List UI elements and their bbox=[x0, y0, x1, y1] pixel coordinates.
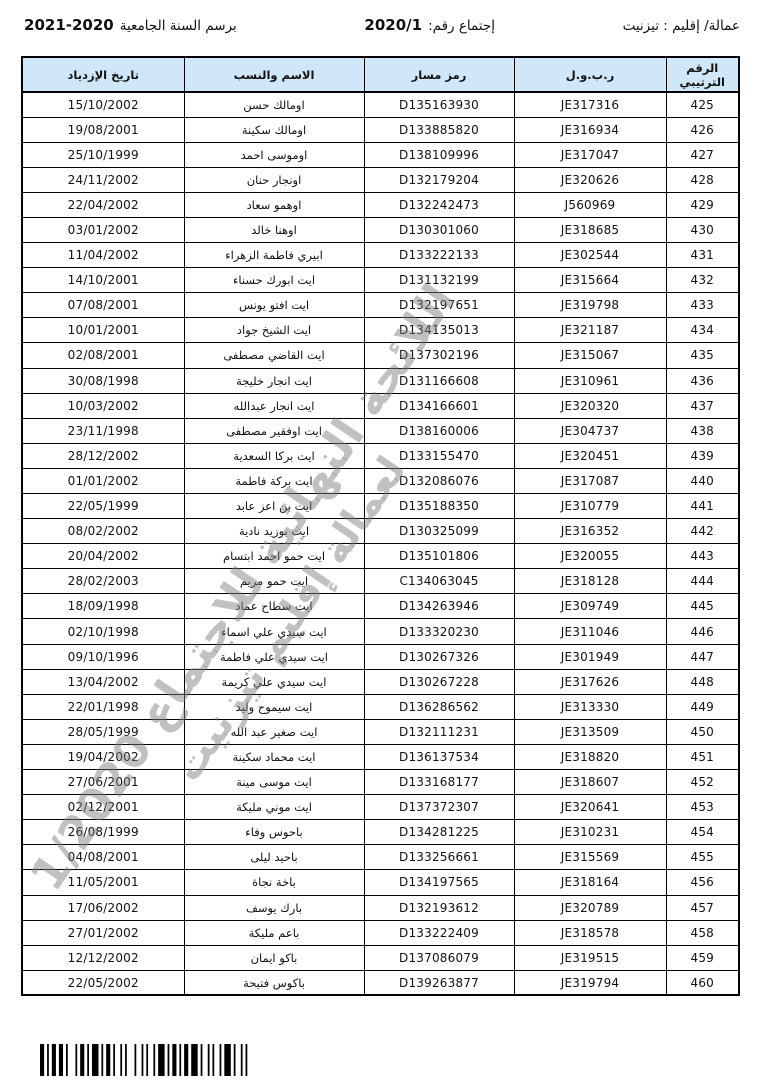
cne-cell: JE319798 bbox=[514, 293, 666, 318]
cne-cell: JE320626 bbox=[514, 167, 666, 192]
name-cell: باخة نجاة bbox=[184, 870, 364, 895]
table-row: 451JE318820D136137534ايت محماد سكينة19/0… bbox=[22, 744, 739, 769]
ordinal-cell: 445 bbox=[666, 594, 739, 619]
table-row: 454JE310231D134281225باحوس وفاء26/08/199… bbox=[22, 820, 739, 845]
academic-year-value: 2021-2020 bbox=[24, 16, 114, 34]
massar-code-cell: D139263877 bbox=[364, 970, 514, 995]
ordinal-cell: 431 bbox=[666, 243, 739, 268]
name-cell: اوهمو سعاد bbox=[184, 192, 364, 217]
massar-code-cell: D134135013 bbox=[364, 318, 514, 343]
birthdate-cell: 20/04/2002 bbox=[22, 544, 184, 569]
massar-code-cell: C134063045 bbox=[364, 569, 514, 594]
birthdate-cell: 08/02/2002 bbox=[22, 519, 184, 544]
document-page: عمالة/ إقليم : تيزنيت إجتماع رقم: 2020/1… bbox=[0, 0, 768, 1086]
birthdate-cell: 25/10/1999 bbox=[22, 142, 184, 167]
name-cell: ايت انجار عبدالله bbox=[184, 393, 364, 418]
table-row: 447JE301949D130267326ايت سيدي علي فاطمة0… bbox=[22, 644, 739, 669]
massar-code-cell: D133222133 bbox=[364, 243, 514, 268]
table-row: 460JE319794D139263877باكوس فتيحة22/05/20… bbox=[22, 970, 739, 995]
birthdate-cell: 11/04/2002 bbox=[22, 243, 184, 268]
ordinal-cell: 432 bbox=[666, 268, 739, 293]
table-row: 441JE310779D135188350ايت بن اعز عابد22/0… bbox=[22, 494, 739, 519]
name-cell: ايت حمو مريم bbox=[184, 569, 364, 594]
ordinal-cell: 458 bbox=[666, 920, 739, 945]
name-cell: ايت بن اعز عابد bbox=[184, 494, 364, 519]
ordinal-cell: 451 bbox=[666, 744, 739, 769]
massar-code-cell: D132179204 bbox=[364, 167, 514, 192]
birthdate-cell: 01/01/2002 bbox=[22, 468, 184, 493]
birthdate-cell: 27/06/2001 bbox=[22, 770, 184, 795]
name-cell: ابيري فاطمة الزهراء bbox=[184, 243, 364, 268]
birthdate-cell: 10/01/2001 bbox=[22, 318, 184, 343]
cne-cell: JE309749 bbox=[514, 594, 666, 619]
table-row: 459JE319515D137086079باكو ايمان12/12/200… bbox=[22, 945, 739, 970]
table-row: 452JE318607D133168177ايت موسى مينة27/06/… bbox=[22, 770, 739, 795]
birthdate-cell: 27/01/2002 bbox=[22, 920, 184, 945]
massar-code-cell: D135101806 bbox=[364, 544, 514, 569]
massar-code-cell: D132242473 bbox=[364, 192, 514, 217]
cne-cell: JE315067 bbox=[514, 343, 666, 368]
ordinal-cell: 437 bbox=[666, 393, 739, 418]
ordinal-cell: 441 bbox=[666, 494, 739, 519]
province-block: عمالة/ إقليم : تيزنيت bbox=[623, 18, 740, 34]
cne-cell: JE313330 bbox=[514, 694, 666, 719]
ordinal-cell: 427 bbox=[666, 142, 739, 167]
table-row: 443JE320055D135101806ايت حمو احمد ابتسام… bbox=[22, 544, 739, 569]
massar-code-cell: D137372307 bbox=[364, 795, 514, 820]
table-row: 439JE320451D133155470ايت بركا السعدية28/… bbox=[22, 443, 739, 468]
ordinal-cell: 447 bbox=[666, 644, 739, 669]
table-row: 429J560969D132242473اوهمو سعاد22/04/2002 bbox=[22, 192, 739, 217]
ordinal-cell: 449 bbox=[666, 694, 739, 719]
meeting-label: إجتماع رقم: bbox=[428, 18, 495, 34]
cne-cell: JE302544 bbox=[514, 243, 666, 268]
table-row: 426JE316934D133885820اومالك سكينة19/08/2… bbox=[22, 117, 739, 142]
cne-cell: JE304737 bbox=[514, 418, 666, 443]
name-cell: باكو ايمان bbox=[184, 945, 364, 970]
ordinal-cell: 460 bbox=[666, 970, 739, 995]
massar-code-cell: D130325099 bbox=[364, 519, 514, 544]
birthdate-cell: 12/12/2002 bbox=[22, 945, 184, 970]
ordinal-cell: 452 bbox=[666, 770, 739, 795]
ordinal-cell: 454 bbox=[666, 820, 739, 845]
birthdate-cell: 07/08/2001 bbox=[22, 293, 184, 318]
birthdate-cell: 14/10/2001 bbox=[22, 268, 184, 293]
cne-cell: JE315664 bbox=[514, 268, 666, 293]
massar-code-cell: D133320230 bbox=[364, 619, 514, 644]
name-cell: ايت موسى مينة bbox=[184, 770, 364, 795]
massar-code-cell: D135163930 bbox=[364, 92, 514, 117]
cne-cell: JE320789 bbox=[514, 895, 666, 920]
table-row: 456JE318164D134197565باخة نجاة11/05/2001 bbox=[22, 870, 739, 895]
massar-code-cell: D130301060 bbox=[364, 217, 514, 242]
table-row: 425JE317316D135163930اومالك حسن15/10/200… bbox=[22, 92, 739, 117]
name-cell: ايت حمو احمد ابتسام bbox=[184, 544, 364, 569]
table-row: 449JE313330D136286562ايت سيموح وليد22/01… bbox=[22, 694, 739, 719]
massar-code-cell: D134197565 bbox=[364, 870, 514, 895]
birthdate-cell: 03/01/2002 bbox=[22, 217, 184, 242]
name-cell: ايت بركا السعدية bbox=[184, 443, 364, 468]
birthdate-cell: 09/10/1996 bbox=[22, 644, 184, 669]
cne-cell: JE317626 bbox=[514, 669, 666, 694]
ordinal-cell: 444 bbox=[666, 569, 739, 594]
name-cell: اونجار حنان bbox=[184, 167, 364, 192]
table-row: 440JE317087D132086076ايت بركة فاطمة01/01… bbox=[22, 468, 739, 493]
massar-code-cell: D133222409 bbox=[364, 920, 514, 945]
ordinal-cell: 442 bbox=[666, 519, 739, 544]
ordinal-cell: 430 bbox=[666, 217, 739, 242]
ordinal-cell: 435 bbox=[666, 343, 739, 368]
birthdate-cell: 10/03/2002 bbox=[22, 393, 184, 418]
cne-cell: JE318128 bbox=[514, 569, 666, 594]
name-cell: ايت الشيخ جواد bbox=[184, 318, 364, 343]
name-cell: ايت سطاح عماد bbox=[184, 594, 364, 619]
table-row: 450JE313509D132111231ايت صغير عبد الله28… bbox=[22, 719, 739, 744]
name-cell: باحوس وفاء bbox=[184, 820, 364, 845]
massar-code-cell: D136137534 bbox=[364, 744, 514, 769]
birthdate-cell: 22/04/2002 bbox=[22, 192, 184, 217]
document-header: عمالة/ إقليم : تيزنيت إجتماع رقم: 2020/1… bbox=[24, 16, 740, 34]
name-cell: اومالك سكينة bbox=[184, 117, 364, 142]
birthdate-cell: 26/08/1999 bbox=[22, 820, 184, 845]
cne-cell: JE310231 bbox=[514, 820, 666, 845]
table-row: 438JE304737D138160006ايت اوفقير مصطفى23/… bbox=[22, 418, 739, 443]
massar-code-cell: D130267228 bbox=[364, 669, 514, 694]
cne-cell: JE316934 bbox=[514, 117, 666, 142]
cne-cell: JE317047 bbox=[514, 142, 666, 167]
birthdate-cell: 02/08/2001 bbox=[22, 343, 184, 368]
massar-code-cell: D134166601 bbox=[364, 393, 514, 418]
ordinal-cell: 434 bbox=[666, 318, 739, 343]
massar-code-cell: D133155470 bbox=[364, 443, 514, 468]
table-row: 434JE321187D134135013ايت الشيخ جواد10/01… bbox=[22, 318, 739, 343]
name-cell: اوهنا خالد bbox=[184, 217, 364, 242]
table-row: 437JE320320D134166601ايت انجار عبدالله10… bbox=[22, 393, 739, 418]
meeting-block: إجتماع رقم: 2020/1 bbox=[364, 16, 495, 34]
name-cell: ايت سيدي علي فاطمة bbox=[184, 644, 364, 669]
ordinal-cell: 446 bbox=[666, 619, 739, 644]
column-header-birthdate: تاريخ الإزدياد bbox=[22, 57, 184, 92]
name-cell: ايت صغير عبد الله bbox=[184, 719, 364, 744]
massar-code-cell: D133885820 bbox=[364, 117, 514, 142]
birthdate-cell: 22/05/1999 bbox=[22, 494, 184, 519]
birthdate-cell: 22/01/1998 bbox=[22, 694, 184, 719]
table-row: 430JE318685D130301060اوهنا خالد03/01/200… bbox=[22, 217, 739, 242]
massar-code-cell: D136286562 bbox=[364, 694, 514, 719]
cne-cell: JE318164 bbox=[514, 870, 666, 895]
column-header-cne: ر.ب.و.ل bbox=[514, 57, 666, 92]
cne-cell: JE318685 bbox=[514, 217, 666, 242]
massar-code-cell: D135188350 bbox=[364, 494, 514, 519]
ordinal-cell: 459 bbox=[666, 945, 739, 970]
cne-cell: JE313509 bbox=[514, 719, 666, 744]
table-row: 458JE318578D133222409باعم مليكة27/01/200… bbox=[22, 920, 739, 945]
birthdate-cell: 30/08/1998 bbox=[22, 368, 184, 393]
name-cell: باعم مليكة bbox=[184, 920, 364, 945]
table-row: 428JE320626D132179204اونجار حنان24/11/20… bbox=[22, 167, 739, 192]
name-cell: بارك يوسف bbox=[184, 895, 364, 920]
massar-code-cell: D132193612 bbox=[364, 895, 514, 920]
table-row: 446JE311046D133320230ايت سيدي علي اسماء0… bbox=[22, 619, 739, 644]
massar-code-cell: D134263946 bbox=[364, 594, 514, 619]
cne-cell: JE318607 bbox=[514, 770, 666, 795]
table-row: 448JE317626D130267228ايت سيدي علي كريمة1… bbox=[22, 669, 739, 694]
name-cell: ايت سيدي علي اسماء bbox=[184, 619, 364, 644]
table-row: 427JE317047D138109996اوموسى احمد25/10/19… bbox=[22, 142, 739, 167]
ordinal-cell: 456 bbox=[666, 870, 739, 895]
birthdate-cell: 24/11/2002 bbox=[22, 167, 184, 192]
table-row: 436JE310961D131166608ايت انجار خليجة30/0… bbox=[22, 368, 739, 393]
cne-cell: JE311046 bbox=[514, 619, 666, 644]
ordinal-cell: 425 bbox=[666, 92, 739, 117]
table-row: 442JE316352D130325099ايت بوزيد نادية08/0… bbox=[22, 519, 739, 544]
cne-cell: JE318578 bbox=[514, 920, 666, 945]
ordinal-cell: 436 bbox=[666, 368, 739, 393]
name-cell: ايت بركة فاطمة bbox=[184, 468, 364, 493]
massar-code-cell: D134281225 bbox=[364, 820, 514, 845]
column-header-ordinal: الرقم الترتيبي bbox=[666, 57, 739, 92]
table-row: 431JE302544D133222133ابيري فاطمة الزهراء… bbox=[22, 243, 739, 268]
ordinal-cell: 439 bbox=[666, 443, 739, 468]
cne-cell: JE318820 bbox=[514, 744, 666, 769]
cne-cell: JE301949 bbox=[514, 644, 666, 669]
ordinal-cell: 433 bbox=[666, 293, 739, 318]
table-header-row: الرقم الترتيبي ر.ب.و.ل رمز مسار الاسم وا… bbox=[22, 57, 739, 92]
table-row: 433JE319798D132197651ايت افتو يونس07/08/… bbox=[22, 293, 739, 318]
ordinal-cell: 429 bbox=[666, 192, 739, 217]
cne-cell: JE320320 bbox=[514, 393, 666, 418]
cne-cell: JE321187 bbox=[514, 318, 666, 343]
meeting-number: 2020/1 bbox=[364, 16, 422, 34]
cne-cell: JE320641 bbox=[514, 795, 666, 820]
cne-cell: JE319515 bbox=[514, 945, 666, 970]
massar-code-cell: D137302196 bbox=[364, 343, 514, 368]
table-row: 432JE315664D131132199ايت ابورك حسناء14/1… bbox=[22, 268, 739, 293]
name-cell: ايت ابورك حسناء bbox=[184, 268, 364, 293]
ordinal-cell: 457 bbox=[666, 895, 739, 920]
birthdate-cell: 22/05/2002 bbox=[22, 970, 184, 995]
table-row: 435JE315067D137302196ايت القاضي مصطفى02/… bbox=[22, 343, 739, 368]
birthdate-cell: 02/12/2001 bbox=[22, 795, 184, 820]
column-header-massar-code: رمز مسار bbox=[364, 57, 514, 92]
table-row: 453JE320641D137372307ايت موني مليكة02/12… bbox=[22, 795, 739, 820]
ordinal-cell: 448 bbox=[666, 669, 739, 694]
province-label: عمالة/ إقليم : تيزنيت bbox=[623, 18, 740, 34]
massar-code-cell: D132111231 bbox=[364, 719, 514, 744]
birthdate-cell: 04/08/2001 bbox=[22, 845, 184, 870]
name-cell: ايت محماد سكينة bbox=[184, 744, 364, 769]
academic-year-block: برسم السنة الجامعية 2021-2020 bbox=[24, 16, 237, 34]
cne-cell: JE319794 bbox=[514, 970, 666, 995]
cne-cell: JE310961 bbox=[514, 368, 666, 393]
name-cell: ايت اوفقير مصطفى bbox=[184, 418, 364, 443]
ordinal-cell: 455 bbox=[666, 845, 739, 870]
birthdate-cell: 17/06/2002 bbox=[22, 895, 184, 920]
birthdate-cell: 23/11/1998 bbox=[22, 418, 184, 443]
students-roster-table: الرقم الترتيبي ر.ب.و.ل رمز مسار الاسم وا… bbox=[21, 56, 740, 996]
name-cell: ايت افتو يونس bbox=[184, 293, 364, 318]
ordinal-cell: 428 bbox=[666, 167, 739, 192]
cne-cell: J560969 bbox=[514, 192, 666, 217]
massar-code-cell: D131132199 bbox=[364, 268, 514, 293]
cne-cell: JE310779 bbox=[514, 494, 666, 519]
table-row: 455JE315569D133256661باحيد ليلى04/08/200… bbox=[22, 845, 739, 870]
name-cell: ايت سيموح وليد bbox=[184, 694, 364, 719]
name-cell: ايت انجار خليجة bbox=[184, 368, 364, 393]
ordinal-cell: 443 bbox=[666, 544, 739, 569]
birthdate-cell: 11/05/2001 bbox=[22, 870, 184, 895]
massar-code-cell: D132197651 bbox=[364, 293, 514, 318]
ordinal-cell: 453 bbox=[666, 795, 739, 820]
cne-cell: JE320055 bbox=[514, 544, 666, 569]
birthdate-cell: 18/09/1998 bbox=[22, 594, 184, 619]
table-row: 444JE318128C134063045ايت حمو مريم28/02/2… bbox=[22, 569, 739, 594]
birthdate-cell: 19/04/2002 bbox=[22, 744, 184, 769]
name-cell: ايت موني مليكة bbox=[184, 795, 364, 820]
birthdate-cell: 13/04/2002 bbox=[22, 669, 184, 694]
ordinal-cell: 440 bbox=[666, 468, 739, 493]
academic-year-label: برسم السنة الجامعية bbox=[120, 18, 237, 34]
name-cell: باحيد ليلى bbox=[184, 845, 364, 870]
birthdate-cell: 15/10/2002 bbox=[22, 92, 184, 117]
name-cell: اومالك حسن bbox=[184, 92, 364, 117]
ordinal-cell: 438 bbox=[666, 418, 739, 443]
cne-cell: JE320451 bbox=[514, 443, 666, 468]
name-cell: ايت بوزيد نادية bbox=[184, 519, 364, 544]
birthdate-cell: 02/10/1998 bbox=[22, 619, 184, 644]
massar-code-cell: D132086076 bbox=[364, 468, 514, 493]
cne-cell: JE317087 bbox=[514, 468, 666, 493]
table-row: 457JE320789D132193612بارك يوسف17/06/2002 bbox=[22, 895, 739, 920]
name-cell: ايت القاضي مصطفى bbox=[184, 343, 364, 368]
ordinal-cell: 426 bbox=[666, 117, 739, 142]
cne-cell: JE315569 bbox=[514, 845, 666, 870]
cne-cell: JE317316 bbox=[514, 92, 666, 117]
table-row: 445JE309749D134263946ايت سطاح عماد18/09/… bbox=[22, 594, 739, 619]
massar-code-cell: D138109996 bbox=[364, 142, 514, 167]
name-cell: باكوس فتيحة bbox=[184, 970, 364, 995]
massar-code-cell: D130267326 bbox=[364, 644, 514, 669]
massar-code-cell: D138160006 bbox=[364, 418, 514, 443]
cne-cell: JE316352 bbox=[514, 519, 666, 544]
birthdate-cell: 28/05/1999 bbox=[22, 719, 184, 744]
name-cell: ايت سيدي علي كريمة bbox=[184, 669, 364, 694]
birthdate-cell: 19/08/2001 bbox=[22, 117, 184, 142]
massar-code-cell: D133256661 bbox=[364, 845, 514, 870]
name-cell: اوموسى احمد bbox=[184, 142, 364, 167]
birthdate-cell: 28/02/2003 bbox=[22, 569, 184, 594]
massar-code-cell: D137086079 bbox=[364, 945, 514, 970]
massar-code-cell: D133168177 bbox=[364, 770, 514, 795]
birthdate-cell: 28/12/2002 bbox=[22, 443, 184, 468]
column-header-name: الاسم والنسب bbox=[184, 57, 364, 92]
barcode bbox=[40, 1044, 255, 1076]
massar-code-cell: D131166608 bbox=[364, 368, 514, 393]
ordinal-cell: 450 bbox=[666, 719, 739, 744]
